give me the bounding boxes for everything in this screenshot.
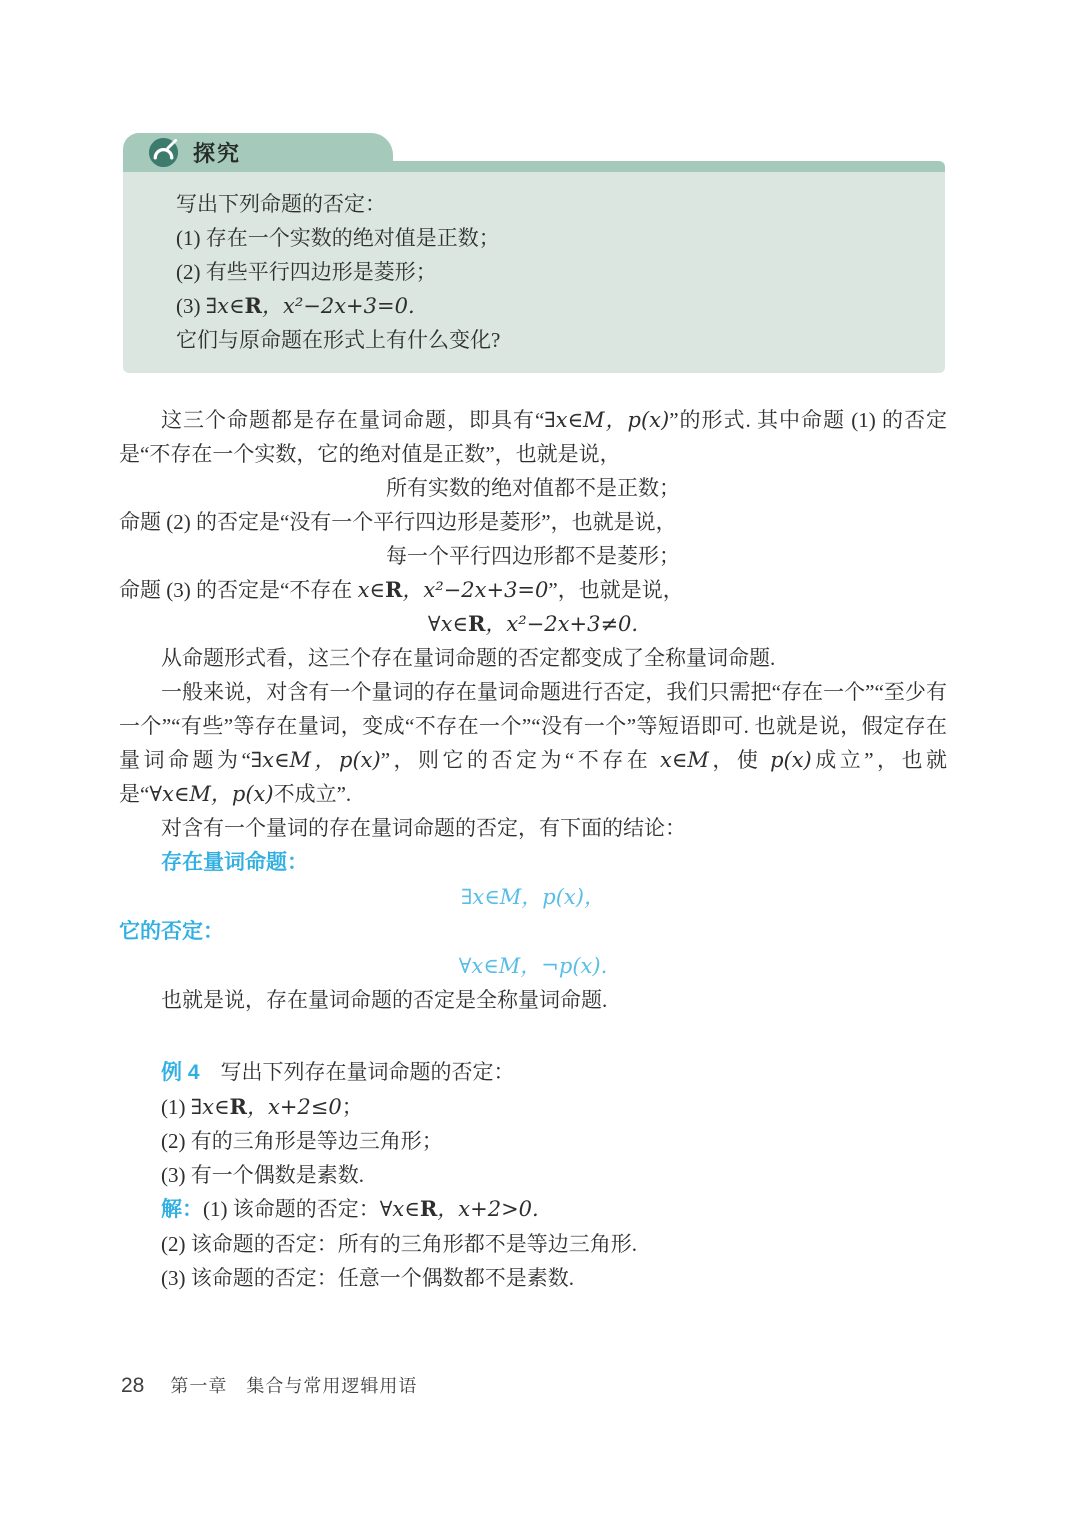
text-run: 写出下列命题的否定：: [176, 192, 386, 216]
body-paragraph: 一般来说，对含有一个量词的存在量词命题进行否定，我们只需把“存在一个”“至少有一…: [119, 675, 947, 811]
centered-formula: ∀x∈R，x²−2x+3≠0.: [119, 607, 947, 641]
page-number: 28: [121, 1374, 144, 1398]
math-run: p(x): [770, 748, 812, 772]
math-run: ，x²−2x+3=0.: [262, 294, 415, 318]
solution-line: (2) 该命题的否定：所有的三角形都不是等边三角形.: [119, 1227, 947, 1261]
accent-formula-negation: ∀x∈M，¬p(x).: [119, 949, 947, 983]
math-run: ∀x∈: [380, 1197, 420, 1221]
explore-box-title: 探究: [193, 137, 241, 168]
math-run: ∀x∈: [428, 612, 468, 636]
math-run: ∃x∈: [206, 294, 245, 318]
explore-line: 它们与原命题在形式上有什么变化?: [176, 323, 905, 357]
accent-formula-existential: ∃x∈M，p(x)，: [119, 880, 947, 914]
explore-line: (1) 存在一个实数的绝对值是正数；: [176, 221, 905, 255]
text-run: ；: [342, 1095, 363, 1119]
text-run: (2) 该命题的否定：所有的三角形都不是等边三角形.: [161, 1232, 637, 1256]
explore-line: (3) ∃x∈R，x²−2x+3=0.: [176, 289, 905, 323]
text-run: 写出下列存在量词命题的否定：: [200, 1060, 515, 1084]
text-run: 这三个命题都是存在量词命题，即具有“: [161, 408, 544, 432]
math-run: R: [468, 611, 485, 636]
math-run: ∃x∈M，p(x)，: [461, 885, 605, 909]
page-content: 探究 写出下列命题的否定： (1) 存在一个实数的绝对值是正数； (2) 有些平…: [119, 0, 947, 1295]
text-run: (1) 存在一个实数的绝对值是正数；: [176, 226, 500, 250]
text-run: 也就是说，存在量词命题的否定是全称量词命题.: [161, 988, 607, 1012]
text-run: ”，则它的否定为“不存在: [381, 748, 660, 772]
solution-line: 解：(1) 该命题的否定：∀x∈R，x+2>0.: [119, 1192, 947, 1227]
body-paragraph: 对含有一个量词的存在量词命题的否定，有下面的结论：: [119, 811, 947, 845]
example-item: (3) 有一个偶数是素数.: [119, 1158, 947, 1192]
text-run: 每一个平行四边形都不是菱形；: [386, 544, 680, 568]
centered-statement: 每一个平行四边形都不是菱形；: [119, 539, 947, 573]
text-run: (1) 该命题的否定：: [203, 1197, 380, 1221]
text-run: 命题 (3) 的否定是“不存在: [119, 578, 358, 602]
text-run: 例 4: [161, 1061, 200, 1084]
body-paragraph: 命题 (2) 的否定是“没有一个平行四边形是菱形”，也就是说，: [119, 505, 947, 539]
math-run: x∈: [358, 578, 385, 602]
body-paragraph: 这三个命题都是存在量词命题，即具有“∃x∈M，p(x)”的形式. 其中命题 (1…: [119, 403, 947, 471]
math-run: R: [385, 577, 402, 602]
example-title-line: 例 4 写出下列存在量词命题的否定：: [119, 1055, 947, 1090]
math-run: ∃x∈: [191, 1095, 230, 1119]
body-paragraph: 也就是说，存在量词命题的否定是全称量词命题.: [119, 983, 947, 1017]
explore-box-tab: 探究: [123, 133, 393, 172]
text-run: 不成立”.: [274, 782, 352, 806]
text-run: 它的否定：: [119, 920, 224, 943]
page-footer: 28 第一章 集合与常用逻辑用语: [121, 1372, 417, 1398]
text-run: (2) 有的三角形是等边三角形；: [161, 1129, 443, 1153]
math-run: ∃x∈M，p(x): [544, 408, 669, 432]
text-run: 命题 (2) 的否定是“没有一个平行四边形是菱形”，也就是说，: [119, 510, 677, 534]
math-run: R: [245, 293, 262, 318]
text-run: (3): [176, 294, 206, 318]
text-run: 从命题形式看，这三个存在量词命题的否定都变成了全称量词命题.: [161, 646, 775, 670]
text-run: ”，也就是说，: [548, 578, 683, 602]
explore-box-header-band: [351, 161, 945, 172]
explore-box-body: 写出下列命题的否定： (1) 存在一个实数的绝对值是正数； (2) 有些平行四边…: [123, 172, 945, 373]
text-run: 对含有一个量词的存在量词命题的否定，有下面的结论：: [161, 816, 686, 840]
math-run: ，x+2≤0: [247, 1095, 342, 1119]
body-paragraph: 从命题形式看，这三个存在量词命题的否定都变成了全称量词命题.: [119, 641, 947, 675]
text-run: (1): [161, 1095, 191, 1119]
text-run: 所有实数的绝对值都不是正数；: [386, 476, 680, 500]
math-run: ，x+2>0.: [437, 1197, 538, 1221]
text-run: 存在量词命题：: [161, 851, 308, 874]
math-run: x∈M: [660, 748, 709, 772]
explore-logo-icon: [147, 136, 180, 169]
centered-statement: 所有实数的绝对值都不是正数；: [119, 471, 947, 505]
text-run: (3) 有一个偶数是素数.: [161, 1163, 364, 1187]
explore-line: 写出下列命题的否定：: [176, 187, 905, 221]
example-4-block: 例 4 写出下列存在量词命题的否定： (1) ∃x∈R，x+2≤0； (2) 有…: [119, 1055, 947, 1295]
text-run: ，使: [709, 748, 770, 772]
main-text: 这三个命题都是存在量词命题，即具有“∃x∈M，p(x)”的形式. 其中命题 (1…: [119, 403, 947, 1017]
explore-box: 探究 写出下列命题的否定： (1) 存在一个实数的绝对值是正数； (2) 有些平…: [123, 133, 945, 373]
math-run: ∀x∈M，¬p(x).: [459, 954, 608, 978]
solution-line: (3) 该命题的否定：任意一个偶数都不是素数.: [119, 1261, 947, 1295]
accent-heading-negation: 它的否定：: [119, 914, 947, 949]
example-item: (2) 有的三角形是等边三角形；: [119, 1124, 947, 1158]
math-run: ，x²−2x+3≠0.: [485, 612, 638, 636]
chapter-title: 第一章 集合与常用逻辑用语: [170, 1372, 417, 1398]
explore-box-header: 探究: [123, 133, 945, 172]
explore-line: (2) 有些平行四边形是菱形；: [176, 255, 905, 289]
math-run: ，x²−2x+3=0: [402, 578, 548, 602]
math-run: R: [420, 1196, 437, 1221]
text-run: (2) 有些平行四边形是菱形；: [176, 260, 437, 284]
accent-heading-existential: 存在量词命题：: [119, 845, 947, 880]
math-run: R: [230, 1094, 247, 1119]
text-run: (3) 该命题的否定：任意一个偶数都不是素数.: [161, 1266, 574, 1290]
body-paragraph: 命题 (3) 的否定是“不存在 x∈R，x²−2x+3=0”，也就是说，: [119, 573, 947, 607]
text-run: 解：: [161, 1198, 203, 1221]
math-run: ∃x∈M，p(x): [251, 748, 381, 772]
text-run: 它们与原命题在形式上有什么变化?: [176, 328, 500, 352]
textbook-page: 探究 写出下列命题的否定： (1) 存在一个实数的绝对值是正数； (2) 有些平…: [0, 0, 1080, 1515]
example-item: (1) ∃x∈R，x+2≤0；: [119, 1090, 947, 1124]
math-run: ∀x∈M，p(x): [149, 782, 273, 806]
